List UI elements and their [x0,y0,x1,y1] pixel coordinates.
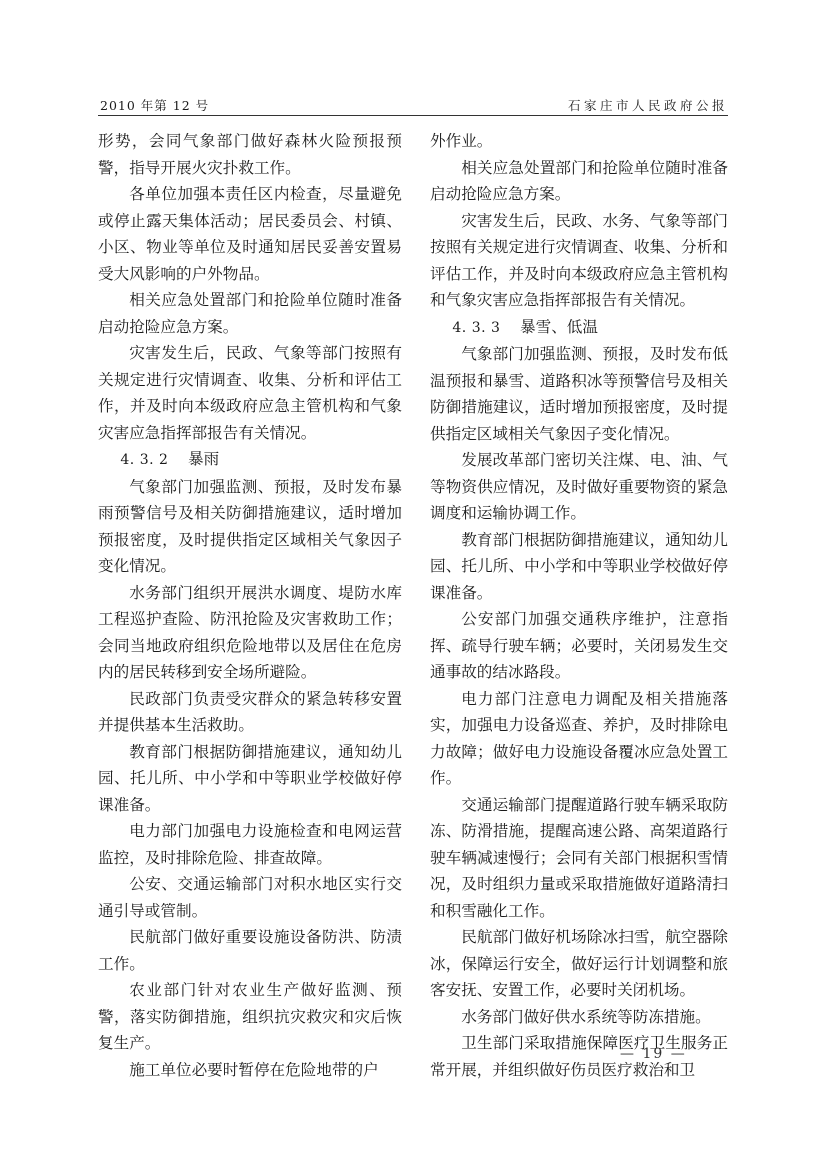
paragraph: 公安部门加强交通秩序维护，注意指挥、疏导行驶车辆；必要时，关闭易发生交通事故的结… [430,606,728,686]
paragraph: 相关应急处置部门和抢险单位随时准备启动抢险应急方案。 [98,287,402,340]
page-number: — 19 — [620,1046,687,1062]
section-title: 暴雪、低温 [520,318,598,336]
paragraph: 教育部门根据防御措施建议，通知幼儿园、托儿所、中小学和中等职业学校做好停课准备。 [98,739,402,819]
paragraph: 施工单位必要时暂停在危险地带的户 [98,1057,402,1084]
paragraph: 民航部门做好重要设施设备防洪、防渍工作。 [98,924,402,977]
publication-title: 石家庄市人民政府公报 [568,96,728,114]
paragraph: 教育部门根据防御措施建议，通知幼儿园、托儿所、中小学和中等职业学校做好停课准备。 [430,527,728,607]
paragraph: 外作业。 [430,128,728,155]
section-number: 4. 3. 3 [452,320,500,336]
paragraph: 电力部门注意电力调配及相关措施落实，加强电力设备巡查、养护，及时排除电力故障；做… [430,686,728,792]
paragraph: 各单位加强本责任区内检查，尽量避免或停止露天集体活动；居民委员会、村镇、小区、物… [98,181,402,287]
issue-label: 2010 年第 12 号 [100,96,209,114]
header-rule [98,115,728,116]
paragraph: 电力部门加强电力设施检查和电网运营监控，及时排除危险、排查故障。 [98,818,402,871]
paragraph: 交通运输部门提醒道路行驶车辆采取防冻、防滑措施，提醒高速公路、高架道路行驶车辆减… [430,792,728,925]
paragraph: 农业部门针对农业生产做好监测、预警，落实防御措施，组织抗灾救灾和灾后恢复生产。 [98,977,402,1057]
paragraph: 气象部门加强监测、预报，及时发布低温预报和暴雪、道路积冰等预警信号及相关防御措施… [430,341,728,447]
left-column: 形势，会同气象部门做好森林火险预报预警，指导开展火灾扑救工作。 各单位加强本责任… [98,128,402,1083]
paragraph: 形势，会同气象部门做好森林火险预报预警，指导开展火灾扑救工作。 [98,128,402,181]
paragraph: 相关应急处置部门和抢险单位随时准备启动抢险应急方案。 [430,155,728,208]
section-number: 4. 3. 2 [120,452,168,468]
paragraph: 民政部门负责受灾群众的紧急转移安置并提供基本生活救助。 [98,686,402,739]
paragraph: 灾害发生后，民政、水务、气象等部门按照有关规定进行灾情调查、收集、分析和评估工作… [430,208,728,314]
paragraph: 水务部门组织开展洪水调度、堤防水库工程巡护查险、防汛抢险及灾害救助工作；会同当地… [98,580,402,686]
section-heading-4-3-3: 4. 3. 3暴雪、低温 [430,314,728,342]
paragraph: 气象部门加强监测、预报，及时发布暴雨预警信号及相关防御措施建议，适时增加预报密度… [98,474,402,580]
paragraph: 公安、交通运输部门对积水地区实行交通引导或管制。 [98,871,402,924]
paragraph: 灾害发生后，民政、气象等部门按照有关规定进行灾情调查、收集、分析和评估工作，并及… [98,340,402,446]
section-heading-4-3-2: 4. 3. 2暴雨 [98,446,402,474]
running-header: 2010 年第 12 号 石家庄市人民政府公报 [98,94,728,114]
section-title: 暴雨 [188,450,219,468]
right-column: 外作业。 相关应急处置部门和抢险单位随时准备启动抢险应急方案。 灾害发生后，民政… [430,128,728,1083]
paragraph: 水务部门做好供水系统等防冻措施。 [430,1004,728,1031]
paragraph: 发展改革部门密切关注煤、电、油、气等物资供应情况，及时做好重要物资的紧急调度和运… [430,447,728,527]
paragraph: 民航部门做好机场除冰扫雪，航空器除冰，保障运行安全，做好运行计划调整和旅客安抚、… [430,924,728,1004]
